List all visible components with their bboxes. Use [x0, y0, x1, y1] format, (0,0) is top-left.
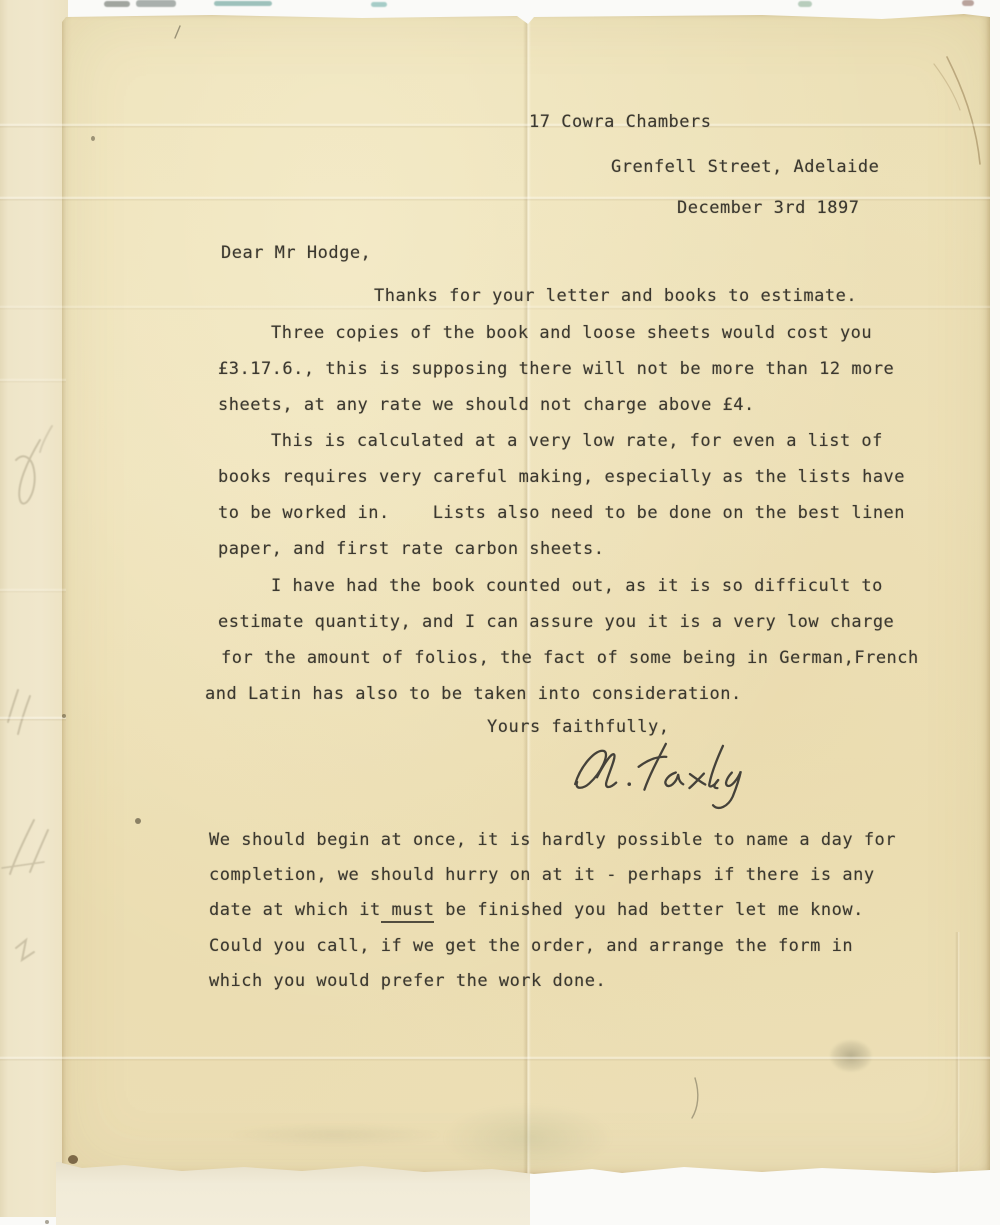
body-line: Three copies of the book and loose sheet…	[271, 323, 872, 343]
underlined-word-must: must	[381, 900, 435, 923]
postscript-line: date at which it must be finished you ha…	[209, 900, 864, 920]
address-line: 17 Cowra Chambers	[529, 112, 712, 132]
body-line: £3.17.6., this is supposing there will n…	[218, 359, 894, 379]
horizontal-crease	[0, 123, 990, 128]
dark-spot	[68, 1155, 78, 1164]
top-edge-smudge	[214, 1, 272, 6]
horizontal-crease	[0, 1056, 990, 1061]
dust-speck	[91, 136, 95, 141]
top-edge-smudge	[104, 1, 130, 7]
pin-hole	[62, 714, 66, 718]
ghost-handwriting-marks	[0, 400, 70, 1020]
body-line: to be worked in. Lists also need to be d…	[218, 503, 905, 523]
underlying-sheet-bottom	[56, 1162, 530, 1225]
dust-speck	[45, 1220, 49, 1224]
faint-stain-band	[230, 1124, 440, 1146]
postscript-line: We should begin at once, it is hardly po…	[209, 830, 896, 850]
postscript-line: completion, we should hurry on at it - p…	[209, 865, 875, 885]
top-edge-smudge	[136, 0, 176, 7]
top-edge-smudge	[371, 2, 387, 7]
body-line: I have had the book counted out, as it i…	[271, 576, 883, 596]
body-line: for the amount of folios, the fact of so…	[221, 648, 919, 668]
postscript-line: Could you call, if we get the order, and…	[209, 936, 853, 956]
left-strip-crease	[0, 378, 66, 383]
left-strip-crease	[0, 588, 66, 593]
greenish-stain	[442, 1104, 614, 1172]
body-line: This is calculated at a very low rate, f…	[271, 431, 883, 451]
top-edge-smudge	[798, 1, 812, 7]
postscript-line: which you would prefer the work done.	[209, 971, 606, 991]
body-line: paper, and first rate carbon sheets.	[218, 539, 604, 559]
top-edge-smudge	[962, 0, 974, 6]
body-line: and Latin has also to be taken into cons…	[205, 684, 742, 704]
left-strip-crease	[0, 716, 66, 721]
salutation: Dear Mr Hodge,	[221, 243, 371, 263]
scanned-letter-document: 17 Cowra Chambers Grenfell Street, Adela…	[0, 0, 1000, 1225]
date-line: December 3rd 1897	[677, 198, 860, 218]
body-line: sheets, at any rate we should not charge…	[218, 395, 755, 415]
postscript-text: date at which it	[209, 900, 381, 920]
signature-handwriting	[544, 729, 782, 825]
vertical-crease-bottom-right	[955, 932, 960, 1175]
body-line: books requires very careful making, espe…	[218, 467, 905, 487]
body-line: estimate quantity, and I can assure you …	[218, 612, 894, 632]
dust-speck	[135, 818, 141, 824]
address-line: Grenfell Street, Adelaide	[611, 157, 879, 177]
postscript-text: be finished you had better let me know.	[434, 900, 863, 920]
body-line: Thanks for your letter and books to esti…	[374, 286, 857, 306]
